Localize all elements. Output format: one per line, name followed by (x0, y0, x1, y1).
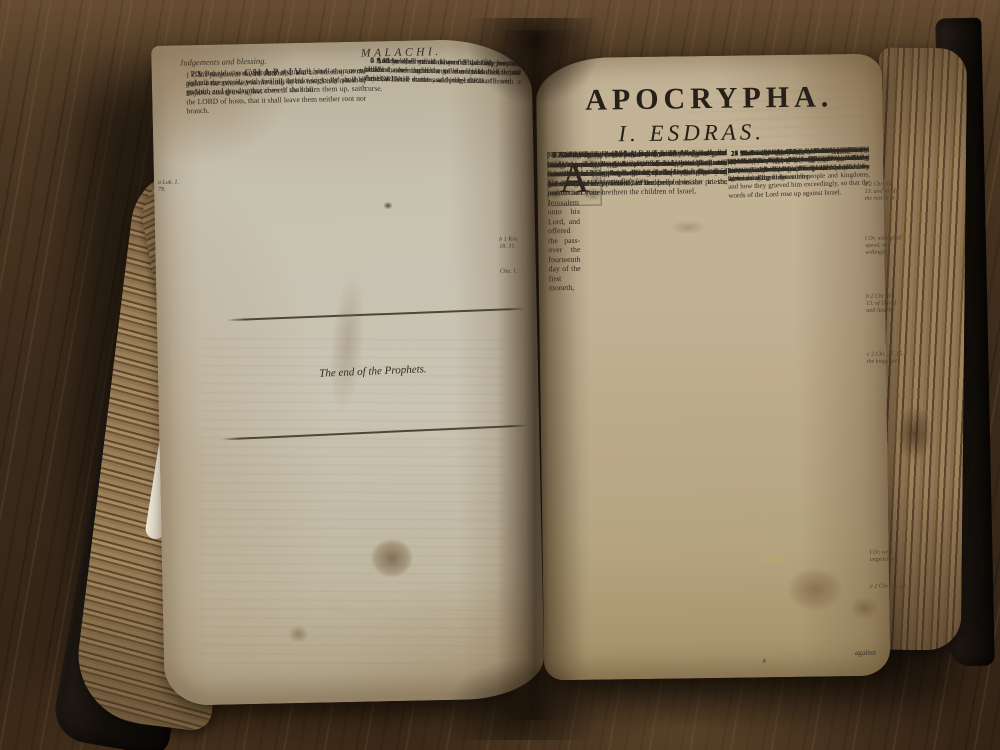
stain (755, 553, 789, 566)
margin-note: c 2 Chr. 35. 15. the kings seer. (867, 351, 904, 365)
margin-note: a 2 Chr. 35. 13. and so of the rest in b… (864, 181, 901, 202)
margin-note: a Luk. 1. 78. (158, 179, 184, 193)
signature-mark: a (734, 655, 794, 665)
margin-note: ‖ Or, were ungracious. (870, 549, 907, 563)
catchword: against (794, 648, 876, 658)
verse-paragraph: 10 And when these things were done, the … (547, 148, 727, 179)
left-page-column-2: 3 And ye shall tread down the wicked; fo… (361, 56, 522, 279)
running-head-left: Judgements and blessing. (179, 54, 339, 67)
margin-note: b 1 Kin. 18. 31. (499, 236, 527, 250)
verse-paragraph: 6 And he shall turn the heart of the fat… (365, 56, 522, 96)
margin-note: ‖ Or, with good speed, or willingly, (865, 235, 902, 256)
margin-note: e 2 Chr. 35. 20. (870, 583, 907, 590)
photo-open-antique-bible: Judgements and blessing. MALACHI. Elijah… (0, 0, 1000, 750)
left-page: Judgements and blessing. MALACHI. Elijah… (151, 38, 545, 706)
margin-note: b 2 Chr. 35. 15. of David and Asaph. (866, 293, 903, 314)
right-page: APOCRYPHA. I. ESDRAS. CHAP. I. 1 Josias … (536, 54, 891, 681)
book-title: APOCRYPHA. (550, 80, 868, 118)
section-title: I. ESDRAS. (577, 119, 807, 148)
margin-note: Cha. 1. (500, 268, 528, 275)
verse-paragraph: 2 ¶ But unto you that fear my name, shal… (186, 66, 367, 97)
